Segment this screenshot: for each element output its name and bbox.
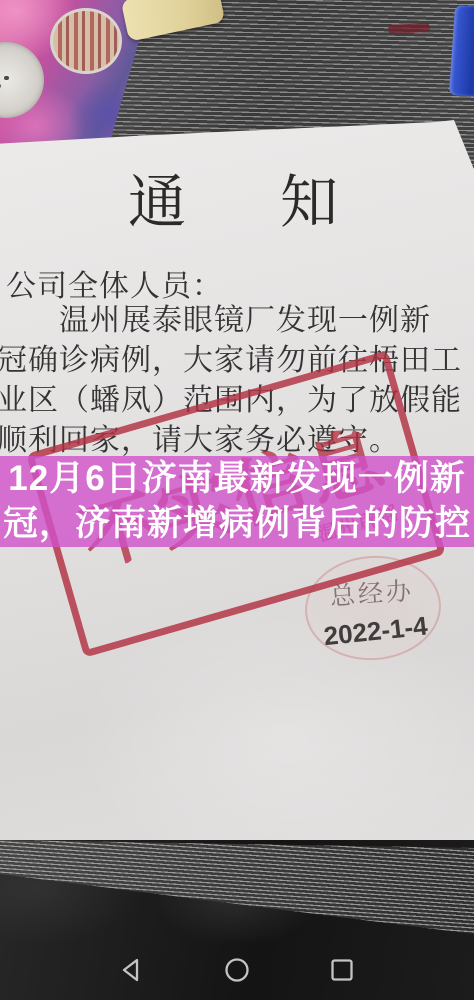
home-button[interactable] xyxy=(217,950,257,990)
home-icon xyxy=(223,956,251,984)
company-seal: 总经办 2022-1-4 xyxy=(302,551,445,664)
caption-line-2: 冠，济南新增病例背后的防控 xyxy=(0,501,474,546)
notice-body-line-4: 顺利回家，请大家务必遵守。 xyxy=(0,421,474,461)
recents-icon xyxy=(328,956,356,984)
android-navigation-bar xyxy=(0,938,474,1000)
seal-office-label: 总经办 xyxy=(305,569,439,614)
back-icon xyxy=(118,956,146,984)
notice-body-line-2: 冠确诊病例，大家请勿前往梧田工 xyxy=(0,341,474,381)
recents-button[interactable] xyxy=(322,950,362,990)
notice-salutation: 公司全体人员： xyxy=(6,261,223,305)
notice-body-line-3: 业区（蟠凤）范围内，为了放假能 xyxy=(0,381,474,421)
caption-line-1: 12月6日济南最新发现一例新 xyxy=(0,456,474,501)
notice-body-line-1: 温州展泰眼镜厂发现一例新 xyxy=(0,301,474,341)
phone-screenshot: 通 知 公司全体人员： 温州展泰眼镜厂发现一例新 冠确诊病例，大家请勿前往梧田工… xyxy=(0,0,474,1000)
back-button[interactable] xyxy=(112,950,152,990)
seal-date: 2022-1-4 xyxy=(309,609,442,653)
striped-badge xyxy=(50,8,122,74)
notice-body: 温州展泰眼镜厂发现一例新 冠确诊病例，大家请勿前往梧田工 业区（蟠凤）范围内，为… xyxy=(0,301,474,461)
caption-overlay: 12月6日济南最新发现一例新 冠，济南新增病例背后的防控 xyxy=(0,456,474,547)
notice-title: 通 知 xyxy=(128,168,356,238)
white-badge xyxy=(0,42,44,118)
